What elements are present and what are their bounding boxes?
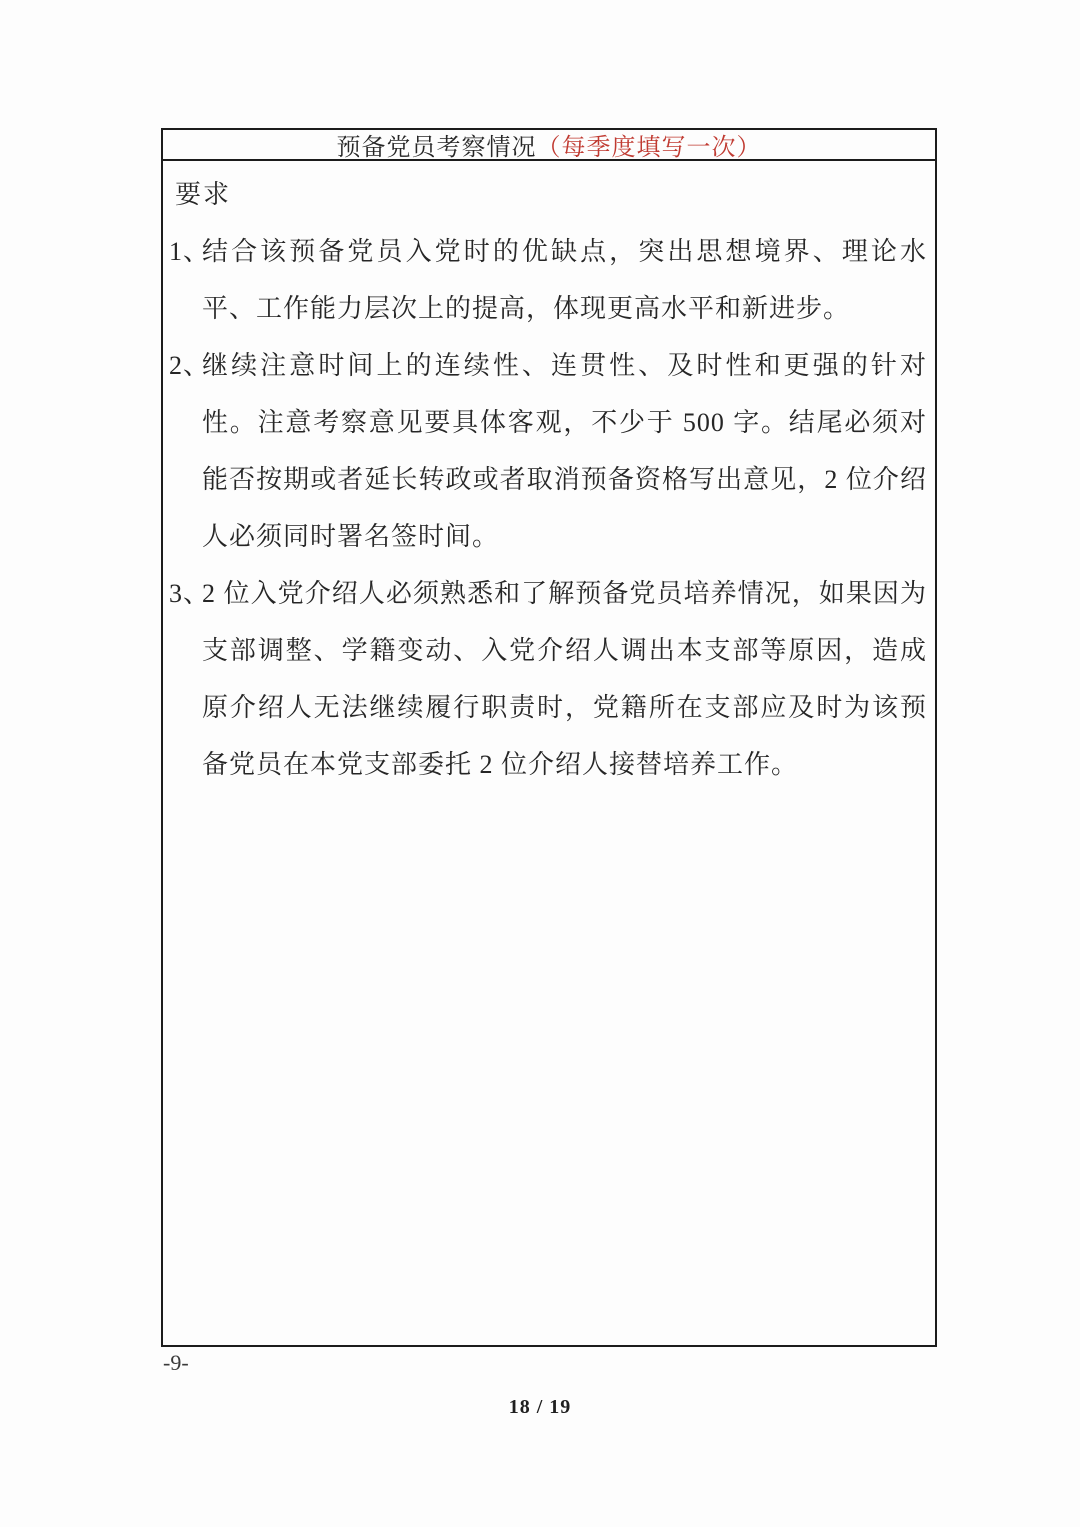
list-item-number: 1、 [169,223,210,280]
requirements-label: 要求 [175,166,927,223]
requirements-cell: 要求 1、 结合该预备党员入党时的优缺点，突出思想境界、理论水平、工作能力层次上… [163,161,935,793]
page-number: 18 / 19 [0,1396,1080,1419]
footer-page-mark: -9- [163,1350,189,1376]
list-item: 2、 继续注意时间上的连续性、连贯性、及时性和更强的针对性。注意考察意见要具体客… [169,337,927,565]
table-title: 预备党员考察情况 [337,127,537,162]
list-item-text: 结合该预备党员入党时的优缺点，突出思想境界、理论水平、工作能力层次上的提高，体现… [202,237,927,323]
document-page: 预备党员考察情况（每季度填写一次） 要求 1、 结合该预备党员入党时的优缺点，突… [0,0,1080,1527]
table-title-row: 预备党员考察情况（每季度填写一次） [163,130,935,161]
list-item-number: 3、 [169,565,210,622]
list-item-text: 继续注意时间上的连续性、连贯性、及时性和更强的针对性。注意考察意见要具体客观，不… [202,351,927,551]
list-item: 3、 2 位入党介绍人必须熟悉和了解预备党员培养情况，如果因为支部调整、学籍变动… [169,565,927,793]
table-title-note: （每季度填写一次） [537,127,762,162]
list-item-number: 2、 [169,337,210,394]
list-item-text: 2 位入党介绍人必须熟悉和了解预备党员培养情况，如果因为支部调整、学籍变动、入党… [202,579,927,779]
list-item: 1、 结合该预备党员入党时的优缺点，突出思想境界、理论水平、工作能力层次上的提高… [169,223,927,337]
inspection-table: 预备党员考察情况（每季度填写一次） 要求 1、 结合该预备党员入党时的优缺点，突… [161,128,937,1347]
